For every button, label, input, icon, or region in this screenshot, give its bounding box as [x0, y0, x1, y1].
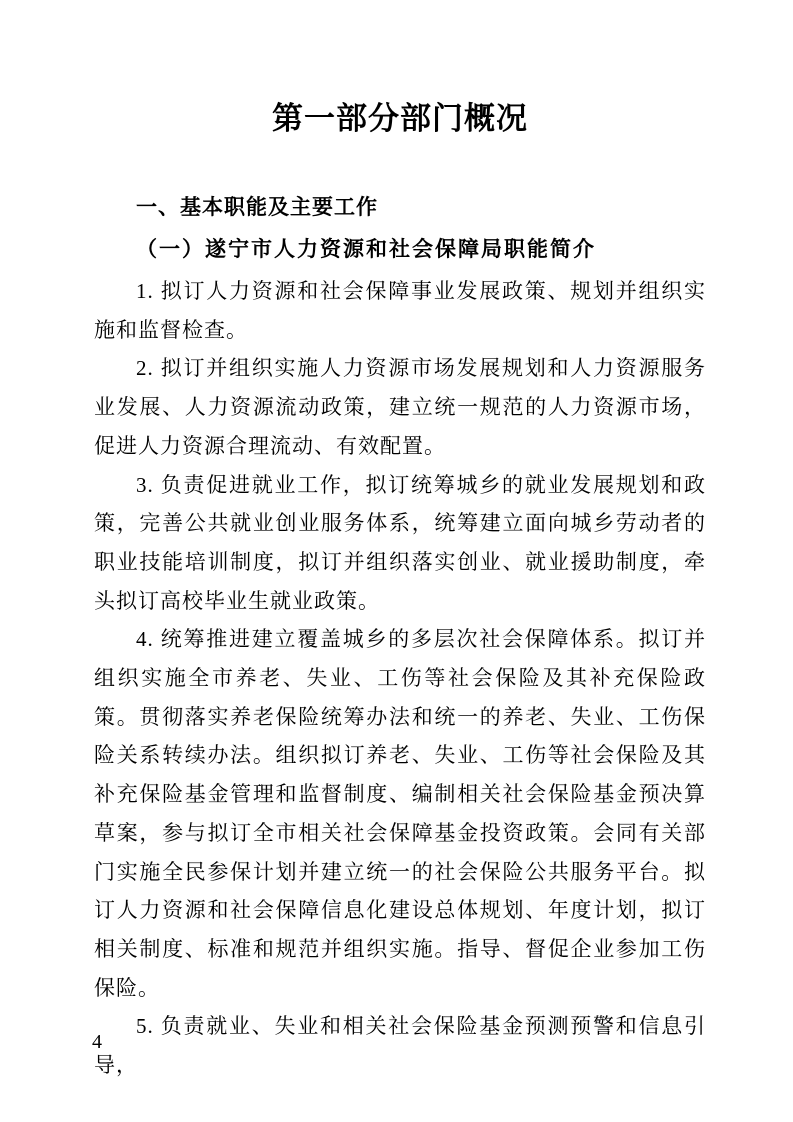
- paragraph-4: 4. 统筹推进建立覆盖城乡的多层次社会保障体系。拟订并组织实施全市养老、失业、工…: [94, 620, 706, 1007]
- page-number: 4: [92, 1030, 102, 1054]
- document-page: 第一部分部门概况 一、基本职能及主要工作 （一）遂宁市人力资源和社会保障局职能简…: [0, 0, 793, 1122]
- section-heading: 一、基本职能及主要工作: [94, 188, 706, 227]
- document-content: 第一部分部门概况 一、基本职能及主要工作 （一）遂宁市人力资源和社会保障局职能简…: [94, 0, 706, 1085]
- page-title: 第一部分部门概况: [94, 0, 706, 136]
- paragraph-1: 1. 拟订人力资源和社会保障事业发展政策、规划并组织实施和监督检查。: [94, 272, 706, 349]
- paragraph-2: 2. 拟订并组织实施人力资源市场发展规划和人力资源服务业发展、人力资源流动政策，…: [94, 349, 706, 465]
- subsection-heading: （一）遂宁市人力资源和社会保障局职能简介: [94, 230, 706, 269]
- paragraph-5: 5. 负责就业、失业和相关社会保险基金预测预警和信息引导，: [94, 1007, 706, 1084]
- paragraph-3: 3. 负责促进就业工作，拟订统筹城乡的就业发展规划和政策，完善公共就业创业服务体…: [94, 466, 706, 621]
